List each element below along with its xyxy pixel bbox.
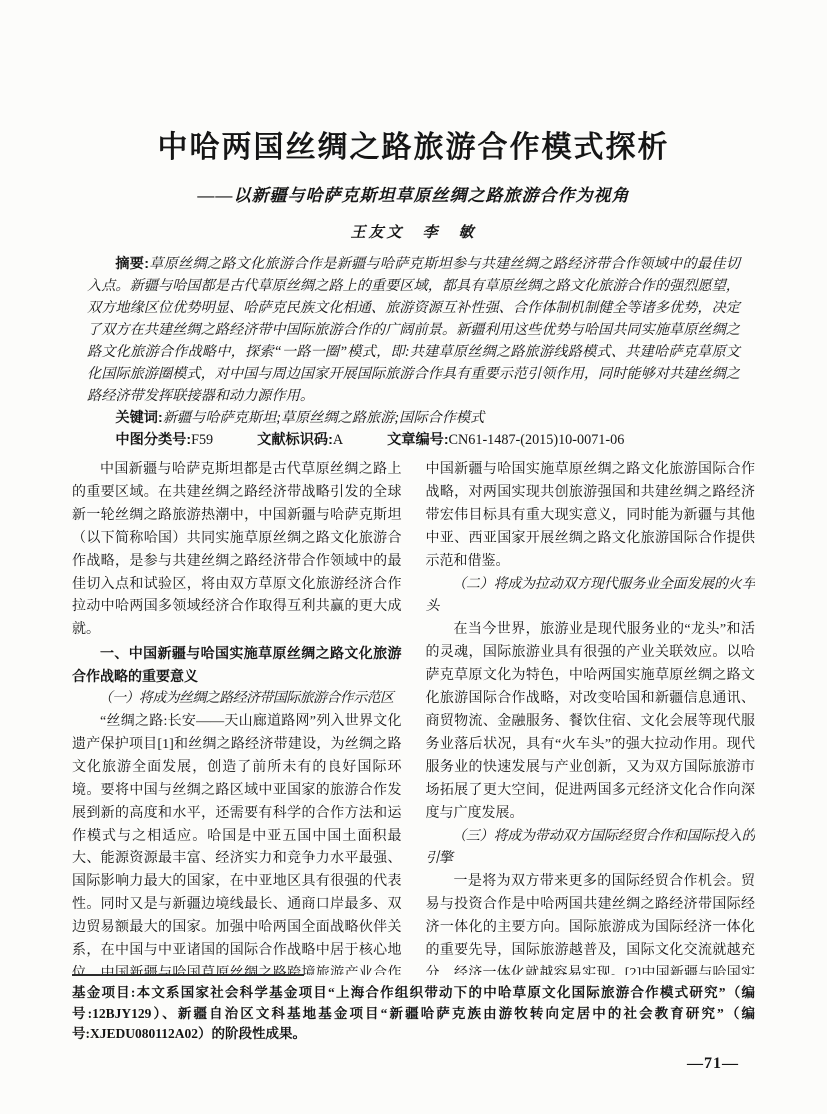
subsection-heading: （三）将成为带动双方国际经贸合作和国际投入的引擎: [426, 826, 756, 872]
keywords-line: 关键词:新疆与哈萨克斯坦;草原丝绸之路旅游;国际合作模式: [87, 407, 740, 429]
body-paragraph: “丝绸之路:长安——天山廊道路网”列入世界文化遗产保护项目[1]和丝绸之路经济带…: [72, 711, 402, 975]
clc-value: F59: [191, 432, 213, 448]
article-no-segment: 文章编号:CN61-1487-(2015)10-0071-06: [387, 432, 624, 448]
section-heading: 一、中国新疆与哈国实施草原丝绸之路文化旅游合作战略的重要意义: [72, 642, 402, 688]
body-paragraph: 一是将为双方带来更多的国际经贸合作机会。贸易与投资合作是中哈两国共建丝绸之路经济…: [426, 871, 756, 975]
footnote-divider: [72, 974, 304, 976]
abstract-label: 摘要:: [115, 256, 149, 272]
footnote-area: 基金项目:本文系国家社会科学基金项目“上海合作组织带动下的中哈草原文化国际旅游合…: [72, 974, 755, 1073]
abstract-paragraph: 摘要:草原丝绸之路文化旅游合作是新疆与哈萨克斯坦参与共建丝绸之路经济带合作领域中…: [87, 253, 740, 407]
funding-note: 基金项目:本文系国家社会科学基金项目“上海合作组织带动下的中哈草原文化国际旅游合…: [72, 983, 755, 1045]
journal-article-page: 中哈两国丝绸之路旅游合作模式探析 ——以新疆与哈萨克斯坦草原丝绸之路旅游合作为视…: [0, 0, 827, 1114]
article-subtitle: ——以新疆与哈萨克斯坦草原丝绸之路旅游合作为视角: [72, 184, 755, 208]
left-column: 中国新疆与哈萨克斯坦都是古代草原丝绸之路上的重要区域。在共建丝绸之路经济带战略引…: [72, 459, 402, 975]
subsection-heading: （一）将成为丝绸之路经济带国际旅游合作示范区: [72, 688, 402, 711]
page-number: —71—: [72, 1055, 755, 1073]
keywords-label: 关键词:: [115, 410, 162, 426]
abstract-text: 草原丝绸之路文化旅游合作是新疆与哈萨克斯坦参与共建丝绸之路经济带合作领域中的最佳…: [87, 256, 740, 404]
keywords-text: 新疆与哈萨克斯坦;草原丝绸之路旅游;国际合作模式: [163, 410, 485, 426]
article-no-label: 文章编号:: [387, 432, 448, 448]
body-columns: 中国新疆与哈萨克斯坦都是古代草原丝绸之路上的重要区域。在共建丝绸之路经济带战略引…: [72, 459, 755, 975]
article-title: 中哈两国丝绸之路旅游合作模式探析: [72, 128, 755, 168]
subsection-heading: （二）将成为拉动双方现代服务业全面发展的火车头: [426, 574, 756, 620]
doc-code-segment: 文献标识码:A: [257, 432, 343, 448]
body-paragraph: 中国新疆与哈萨克斯坦都是古代草原丝绸之路上的重要区域。在共建丝绸之路经济带战略引…: [72, 459, 402, 642]
clc-label: 中图分类号:: [115, 432, 191, 448]
body-paragraph: 在当今世界，旅游业是现代服务业的“龙头”和活的灵魂，国际旅游业具有很强的产业关联…: [426, 619, 756, 825]
doc-code-value: A: [333, 432, 343, 448]
article-no-value: CN61-1487-(2015)10-0071-06: [449, 432, 625, 448]
body-paragraph-continued: 中国新疆与哈国实施草原丝绸之路文化旅游国际合作战略，对两国实现共创旅游强国和共建…: [426, 459, 756, 574]
right-column: 中国新疆与哈国实施草原丝绸之路文化旅游国际合作战略，对两国实现共创旅游强国和共建…: [426, 459, 756, 975]
doc-code-label: 文献标识码:: [257, 432, 333, 448]
authors-line: 王友文 李 敏: [72, 223, 755, 243]
classification-line: 中图分类号:F59文献标识码:A文章编号:CN61-1487-(2015)10-…: [87, 429, 740, 451]
meta-block: 摘要:草原丝绸之路文化旅游合作是新疆与哈萨克斯坦参与共建丝绸之路经济带合作领域中…: [72, 253, 755, 451]
clc-segment: 中图分类号:F59: [115, 432, 213, 448]
